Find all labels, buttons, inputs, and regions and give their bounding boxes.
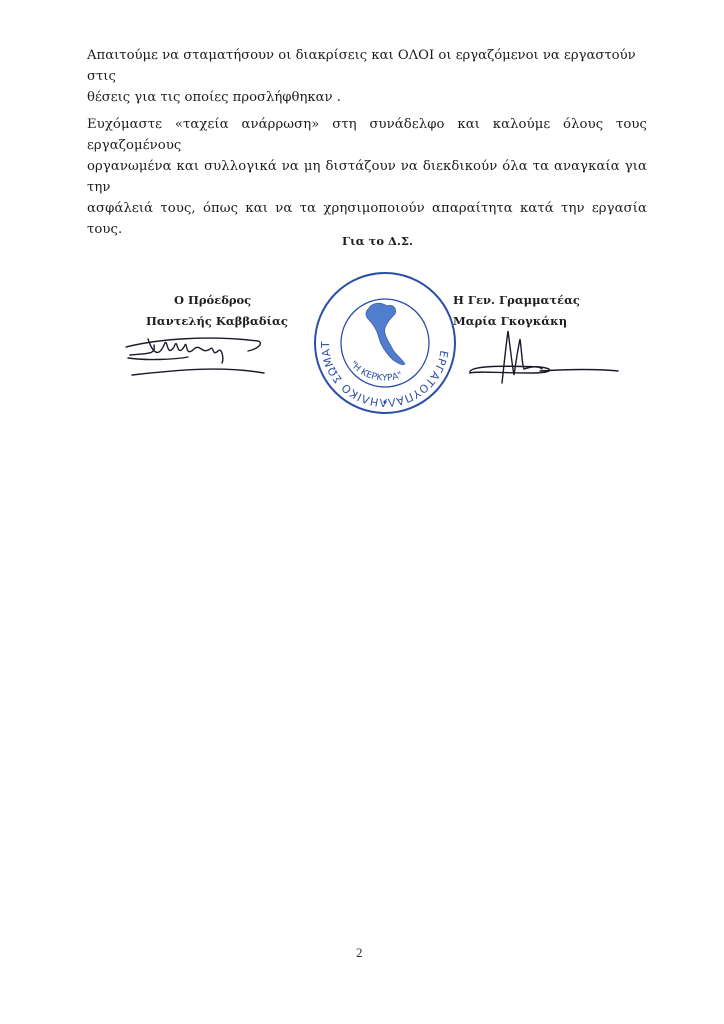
union-stamp-icon: ΕΡΓΑΤΟΥΠΑΛΛΗΛΙΚΟ ΣΩΜΑΤΕΙΟ Ο.Τ.Α. Π.Ε. ΚΕ… bbox=[311, 268, 459, 418]
svg-text:"Η ΚΕΡΚΥΡΑ": "Η ΚΕΡΚΥΡΑ" bbox=[348, 360, 404, 384]
page-number: 2 bbox=[356, 945, 363, 961]
president-title: Ο Πρόεδρος bbox=[174, 293, 251, 307]
secretary-title: Η Γεν. Γραμματέας bbox=[453, 293, 580, 307]
on-behalf-of-board-label: Για το Δ.Σ. bbox=[342, 234, 413, 248]
signature-block: Για το Δ.Σ. Ο Πρόεδρος Παντελής Καββαδία… bbox=[0, 0, 724, 1024]
secretary-signature-icon bbox=[460, 325, 620, 395]
document-page: Απαιτούμε να σταματήσουν οι διακρίσεις κ… bbox=[0, 0, 724, 1024]
stamp-inner-text: "Η ΚΕΡΚΥΡΑ" bbox=[348, 360, 404, 384]
president-signature-icon bbox=[118, 325, 268, 385]
